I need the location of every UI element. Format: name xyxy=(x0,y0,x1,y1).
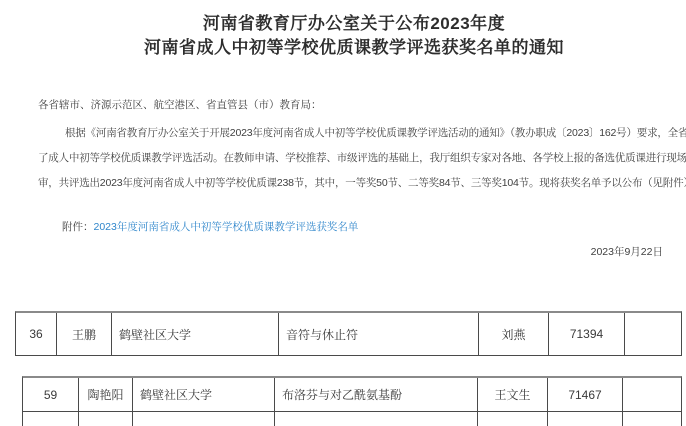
table-partial-cell xyxy=(622,412,681,426)
paragraph-line: 根据《河南省教育厅办公室关于开展2023年度河南省成人中初等学校优质课教学评选活… xyxy=(38,121,662,146)
table-partial-cell xyxy=(23,412,78,426)
table-cell-teacher: 王鹏 xyxy=(56,313,111,355)
table-cell-teacher: 陶艳阳 xyxy=(78,378,132,411)
table-cell-empty xyxy=(622,378,681,411)
table-partial-cell xyxy=(132,412,274,426)
table-partial-cell xyxy=(274,412,477,426)
table-cell-course: 布洛芬与对乙酰氨基酚 xyxy=(274,378,477,411)
table-partial-cell xyxy=(78,412,132,426)
table-partial-cell xyxy=(477,412,547,426)
table-cell-reviewer: 王文生 xyxy=(477,378,547,411)
awards-table-row-59: 59 陶艳阳 鹤壁社区大学 布洛芬与对乙酰氨基酚 王文生 71467 xyxy=(22,376,682,412)
attachment-link[interactable]: 2023年度河南省成人中初等学校优质课教学评选获奖名单 xyxy=(94,221,359,233)
table-cell-school: 鹤壁社区大学 xyxy=(132,378,274,411)
table-partial-cell xyxy=(547,412,622,426)
salutation-line: 各省辖市、济源示范区、航空港区、省直管县（市）教育局： xyxy=(38,97,322,112)
table-cell-school: 鹤壁社区大学 xyxy=(111,313,278,355)
notice-title-line-1: 河南省教育厅办公室关于公布2023年度 xyxy=(22,12,686,36)
awards-table-row-36: 36 王鹏 鹤壁社区大学 音符与休止符 刘燕 71394 xyxy=(15,311,682,356)
table-cell-reviewer: 刘燕 xyxy=(478,313,548,355)
notice-title: 河南省教育厅办公室关于公布2023年度 河南省成人中初等学校优质课教学评选获奖名… xyxy=(0,12,686,60)
attachment-line: 附件：2023年度河南省成人中初等学校优质课教学评选获奖名单 xyxy=(62,219,358,234)
table-cell-course: 音符与休止符 xyxy=(278,313,478,355)
table-next-row-partial xyxy=(22,412,682,426)
notice-title-line-2: 河南省成人中初等学校优质课教学评选获奖名单的通知 xyxy=(22,36,686,60)
table-cell-code: 71394 xyxy=(548,313,624,355)
notice-document-page: 河南省教育厅办公室关于公布2023年度 河南省成人中初等学校优质课教学评选获奖名… xyxy=(0,0,686,426)
publish-date: 2023年9月22日 xyxy=(591,244,663,259)
table-cell-empty xyxy=(624,313,681,355)
table-cell-number: 59 xyxy=(23,378,78,411)
table-cell-number: 36 xyxy=(16,313,56,355)
attachment-label: 附件： xyxy=(62,221,94,233)
paragraph-line: 了成人中初等学校优质课教学评选活动。在教师申请、学校推荐、市级评选的基础上，我厅… xyxy=(38,146,662,171)
table-cell-code: 71467 xyxy=(547,378,622,411)
notice-body-paragraph: 根据《河南省教育厅办公室关于开展2023年度河南省成人中初等学校优质课教学评选活… xyxy=(38,121,662,196)
paragraph-line: 审，共评选出2023年度河南省成人中初等学校优质课238节，其中，一等奖50节、… xyxy=(38,171,662,196)
